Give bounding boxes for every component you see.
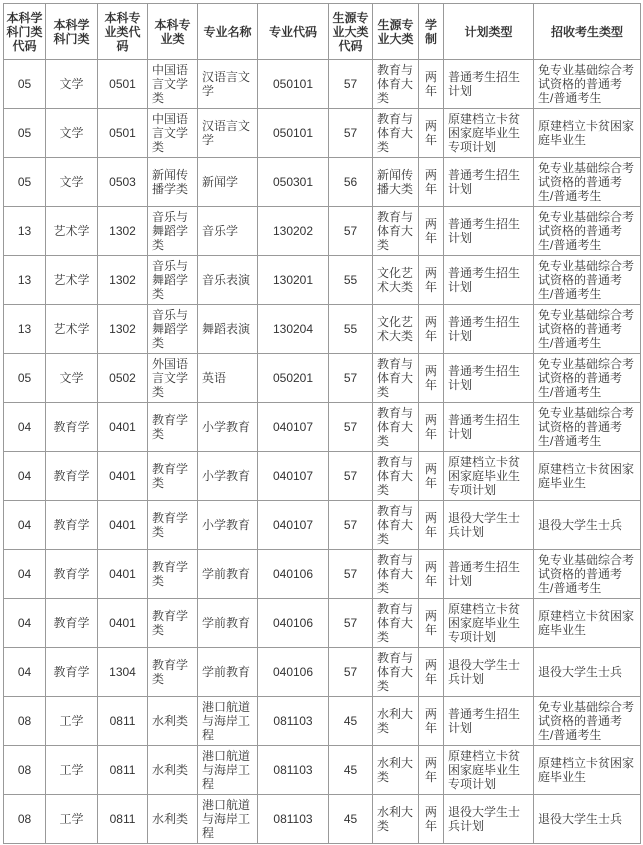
table-cell: 文学 <box>46 109 98 158</box>
table-cell: 退役大学生士兵计划 <box>444 648 534 697</box>
table-cell: 1302 <box>98 207 148 256</box>
table-cell: 教育与体育大类 <box>373 354 419 403</box>
table-row: 04教育学1304教育学类学前教育04010657教育与体育大类两年退役大学生士… <box>4 648 641 697</box>
table-cell: 免专业基础综合考试资格的普通考生/普通考生 <box>534 158 641 207</box>
table-cell: 04 <box>4 648 46 697</box>
table-cell: 退役大学生士兵计划 <box>444 795 534 844</box>
table-cell: 08 <box>4 795 46 844</box>
table-cell: 教育与体育大类 <box>373 648 419 697</box>
table-cell: 57 <box>329 648 373 697</box>
table-cell: 050201 <box>258 354 329 403</box>
table-cell: 0501 <box>98 109 148 158</box>
table-cell: 1302 <box>98 256 148 305</box>
table-cell: 两年 <box>419 305 444 354</box>
table-cell: 普通考生招生计划 <box>444 207 534 256</box>
table-cell: 普通考生招生计划 <box>444 60 534 109</box>
table-cell: 0401 <box>98 550 148 599</box>
table-cell: 130201 <box>258 256 329 305</box>
table-cell: 免专业基础综合考试资格的普通考生/普通考生 <box>534 60 641 109</box>
table-cell: 中国语言文学类 <box>148 60 198 109</box>
table-cell: 57 <box>329 550 373 599</box>
table-cell: 两年 <box>419 746 444 795</box>
table-cell: 0501 <box>98 60 148 109</box>
column-header-source-major-category: 生源专业大类 <box>373 4 419 60</box>
table-cell: 56 <box>329 158 373 207</box>
table-cell: 小学教育 <box>198 501 258 550</box>
table-cell: 08 <box>4 697 46 746</box>
table-cell: 文化艺术大类 <box>373 305 419 354</box>
table-cell: 中国语言文学类 <box>148 109 198 158</box>
table-cell: 040106 <box>258 648 329 697</box>
table-cell: 普通考生招生计划 <box>444 256 534 305</box>
table-cell: 040107 <box>258 501 329 550</box>
table-cell: 05 <box>4 109 46 158</box>
table-cell: 05 <box>4 354 46 403</box>
table-cell: 两年 <box>419 452 444 501</box>
column-header-major-name: 专业名称 <box>198 4 258 60</box>
table-cell: 文学 <box>46 354 98 403</box>
table-cell: 两年 <box>419 599 444 648</box>
table-cell: 040106 <box>258 550 329 599</box>
table-cell: 57 <box>329 60 373 109</box>
table-cell: 两年 <box>419 501 444 550</box>
table-cell: 教育学 <box>46 501 98 550</box>
table-cell: 原建档立卡贫困家庭毕业生专项计划 <box>444 599 534 648</box>
table-cell: 舞蹈表演 <box>198 305 258 354</box>
table-cell: 工学 <box>46 795 98 844</box>
table-row: 05文学0501中国语言文学类汉语言文学05010157教育与体育大类两年普通考… <box>4 60 641 109</box>
table-cell: 教育与体育大类 <box>373 403 419 452</box>
table-cell: 45 <box>329 795 373 844</box>
table-cell: 工学 <box>46 697 98 746</box>
table-cell: 08 <box>4 746 46 795</box>
table-cell: 教育学 <box>46 648 98 697</box>
table-cell: 两年 <box>419 60 444 109</box>
table-cell: 教育与体育大类 <box>373 207 419 256</box>
table-cell: 普通考生招生计划 <box>444 158 534 207</box>
table-cell: 081103 <box>258 746 329 795</box>
table-cell: 两年 <box>419 158 444 207</box>
table-cell: 55 <box>329 305 373 354</box>
table-cell: 0401 <box>98 452 148 501</box>
column-header-undergrad-discipline: 本科学科门类 <box>46 4 98 60</box>
table-cell: 040107 <box>258 452 329 501</box>
table-cell: 两年 <box>419 550 444 599</box>
table-cell: 普通考生招生计划 <box>444 305 534 354</box>
table-cell: 050101 <box>258 60 329 109</box>
table-cell: 教育学 <box>46 452 98 501</box>
table-cell: 两年 <box>419 256 444 305</box>
table-cell: 教育与体育大类 <box>373 599 419 648</box>
table-cell: 水利大类 <box>373 795 419 844</box>
table-cell: 13 <box>4 305 46 354</box>
table-cell: 0811 <box>98 795 148 844</box>
table-cell: 教育学类 <box>148 452 198 501</box>
table-cell: 050101 <box>258 109 329 158</box>
table-cell: 文化艺术大类 <box>373 256 419 305</box>
table-cell: 艺术学 <box>46 207 98 256</box>
table-cell: 两年 <box>419 697 444 746</box>
table-cell: 130202 <box>258 207 329 256</box>
table-cell: 教育与体育大类 <box>373 501 419 550</box>
table-cell: 新闻传播大类 <box>373 158 419 207</box>
table-cell: 退役大学生士兵 <box>534 648 641 697</box>
table-cell: 艺术学 <box>46 305 98 354</box>
table-cell: 040107 <box>258 403 329 452</box>
table-row: 05文学0502外国语言文学类英语05020157教育与体育大类两年普通考生招生… <box>4 354 641 403</box>
table-cell: 57 <box>329 403 373 452</box>
table-cell: 普通考生招生计划 <box>444 354 534 403</box>
table-cell: 050301 <box>258 158 329 207</box>
table-cell: 040106 <box>258 599 329 648</box>
table-cell: 工学 <box>46 746 98 795</box>
table-cell: 0401 <box>98 501 148 550</box>
table-cell: 两年 <box>419 648 444 697</box>
table-cell: 0811 <box>98 746 148 795</box>
table-cell: 教育学 <box>46 403 98 452</box>
table-cell: 04 <box>4 452 46 501</box>
table-cell: 教育与体育大类 <box>373 452 419 501</box>
table-cell: 普通考生招生计划 <box>444 697 534 746</box>
column-header-undergrad-major-class-code: 本科专业类代码 <box>98 4 148 60</box>
table-cell: 04 <box>4 550 46 599</box>
table-row: 08工学0811水利类港口航道与海岸工程08110345水利大类两年原建档立卡贫… <box>4 746 641 795</box>
table-cell: 艺术学 <box>46 256 98 305</box>
table-cell: 两年 <box>419 403 444 452</box>
table-cell: 081103 <box>258 795 329 844</box>
table-cell: 57 <box>329 109 373 158</box>
column-header-major-code: 专业代码 <box>258 4 329 60</box>
table-row: 04教育学0401教育学类学前教育04010657教育与体育大类两年原建档立卡贫… <box>4 599 641 648</box>
table-cell: 英语 <box>198 354 258 403</box>
table-cell: 两年 <box>419 207 444 256</box>
table-cell: 57 <box>329 501 373 550</box>
table-cell: 港口航道与海岸工程 <box>198 795 258 844</box>
table-cell: 教育学 <box>46 599 98 648</box>
table-cell: 学前教育 <box>198 648 258 697</box>
table-cell: 05 <box>4 158 46 207</box>
column-header-undergrad-major-class: 本科专业类 <box>148 4 198 60</box>
table-cell: 1304 <box>98 648 148 697</box>
table-cell: 130204 <box>258 305 329 354</box>
admission-plan-table: 本科学科门类代码 本科学科门类 本科专业类代码 本科专业类 专业名称 专业代码 … <box>3 3 641 844</box>
table-cell: 退役大学生士兵 <box>534 501 641 550</box>
table-cell: 45 <box>329 746 373 795</box>
table-cell: 57 <box>329 599 373 648</box>
table-cell: 45 <box>329 697 373 746</box>
table-cell: 教育与体育大类 <box>373 109 419 158</box>
table-cell: 081103 <box>258 697 329 746</box>
table-row: 08工学0811水利类港口航道与海岸工程08110345水利大类两年退役大学生士… <box>4 795 641 844</box>
table-cell: 两年 <box>419 795 444 844</box>
table-cell: 港口航道与海岸工程 <box>198 697 258 746</box>
admission-plan-page: 本科学科门类代码 本科学科门类 本科专业类代码 本科专业类 专业名称 专业代码 … <box>0 0 643 845</box>
table-cell: 原建档立卡贫困家庭毕业生 <box>534 452 641 501</box>
table-row: 13艺术学1302音乐与舞蹈学类音乐学13020257教育与体育大类两年普通考生… <box>4 207 641 256</box>
table-cell: 两年 <box>419 354 444 403</box>
table-cell: 学前教育 <box>198 599 258 648</box>
table-cell: 教育学类 <box>148 550 198 599</box>
table-cell: 教育学类 <box>148 599 198 648</box>
table-row: 08工学0811水利类港口航道与海岸工程08110345水利大类两年普通考生招生… <box>4 697 641 746</box>
table-cell: 文学 <box>46 60 98 109</box>
table-cell: 0811 <box>98 697 148 746</box>
table-cell: 音乐与舞蹈学类 <box>148 305 198 354</box>
table-cell: 汉语言文学 <box>198 109 258 158</box>
table-cell: 文学 <box>46 158 98 207</box>
table-cell: 13 <box>4 256 46 305</box>
table-cell: 水利类 <box>148 795 198 844</box>
table-cell: 音乐与舞蹈学类 <box>148 256 198 305</box>
table-cell: 05 <box>4 60 46 109</box>
table-cell: 04 <box>4 501 46 550</box>
table-cell: 小学教育 <box>198 452 258 501</box>
table-cell: 水利大类 <box>373 746 419 795</box>
table-row: 04教育学0401教育学类小学教育04010757教育与体育大类两年原建档立卡贫… <box>4 452 641 501</box>
column-header-source-major-category-code: 生源专业大类代码 <box>329 4 373 60</box>
table-cell: 教育学类 <box>148 403 198 452</box>
table-cell: 普通考生招生计划 <box>444 550 534 599</box>
table-row: 04教育学0401教育学类小学教育04010757教育与体育大类两年退役大学生士… <box>4 501 641 550</box>
table-cell: 教育与体育大类 <box>373 550 419 599</box>
table-row: 05文学0503新闻传播学类新闻学05030156新闻传播大类两年普通考生招生计… <box>4 158 641 207</box>
column-header-study-length: 学制 <box>419 4 444 60</box>
table-cell: 教育学类 <box>148 648 198 697</box>
table-cell: 汉语言文学 <box>198 60 258 109</box>
table-cell: 原建档立卡贫困家庭毕业生专项计划 <box>444 746 534 795</box>
table-cell: 原建档立卡贫困家庭毕业生专项计划 <box>444 109 534 158</box>
table-cell: 原建档立卡贫困家庭毕业生 <box>534 599 641 648</box>
column-header-plan-type: 计划类型 <box>444 4 534 60</box>
table-cell: 0502 <box>98 354 148 403</box>
table-cell: 免专业基础综合考试资格的普通考生/普通考生 <box>534 305 641 354</box>
table-row: 13艺术学1302音乐与舞蹈学类音乐表演13020155文化艺术大类两年普通考生… <box>4 256 641 305</box>
table-cell: 普通考生招生计划 <box>444 403 534 452</box>
table-cell: 57 <box>329 354 373 403</box>
table-cell: 原建档立卡贫困家庭毕业生 <box>534 746 641 795</box>
table-cell: 免专业基础综合考试资格的普通考生/普通考生 <box>534 207 641 256</box>
table-cell: 教育与体育大类 <box>373 60 419 109</box>
table-row: 13艺术学1302音乐与舞蹈学类舞蹈表演13020455文化艺术大类两年普通考生… <box>4 305 641 354</box>
table-cell: 1302 <box>98 305 148 354</box>
table-cell: 音乐与舞蹈学类 <box>148 207 198 256</box>
table-cell: 免专业基础综合考试资格的普通考生/普通考生 <box>534 697 641 746</box>
table-cell: 外国语言文学类 <box>148 354 198 403</box>
table-cell: 原建档立卡贫困家庭毕业生专项计划 <box>444 452 534 501</box>
table-cell: 新闻传播学类 <box>148 158 198 207</box>
table-cell: 退役大学生士兵 <box>534 795 641 844</box>
table-cell: 音乐学 <box>198 207 258 256</box>
column-header-admitted-candidate-type: 招收考生类型 <box>534 4 641 60</box>
table-cell: 教育学类 <box>148 501 198 550</box>
table-cell: 原建档立卡贫困家庭毕业生 <box>534 109 641 158</box>
table-cell: 教育学 <box>46 550 98 599</box>
table-cell: 13 <box>4 207 46 256</box>
table-cell: 港口航道与海岸工程 <box>198 746 258 795</box>
column-header-undergrad-discipline-code: 本科学科门类代码 <box>4 4 46 60</box>
table-cell: 新闻学 <box>198 158 258 207</box>
table-row: 04教育学0401教育学类小学教育04010757教育与体育大类两年普通考生招生… <box>4 403 641 452</box>
table-cell: 免专业基础综合考试资格的普通考生/普通考生 <box>534 403 641 452</box>
table-cell: 小学教育 <box>198 403 258 452</box>
table-cell: 0401 <box>98 599 148 648</box>
table-cell: 0503 <box>98 158 148 207</box>
table-cell: 两年 <box>419 109 444 158</box>
table-cell: 音乐表演 <box>198 256 258 305</box>
table-cell: 0401 <box>98 403 148 452</box>
table-cell: 学前教育 <box>198 550 258 599</box>
table-body: 05文学0501中国语言文学类汉语言文学05010157教育与体育大类两年普通考… <box>4 60 641 844</box>
table-cell: 57 <box>329 207 373 256</box>
table-cell: 55 <box>329 256 373 305</box>
table-cell: 57 <box>329 452 373 501</box>
table-cell: 水利类 <box>148 697 198 746</box>
table-row: 05文学0501中国语言文学类汉语言文学05010157教育与体育大类两年原建档… <box>4 109 641 158</box>
table-cell: 04 <box>4 403 46 452</box>
table-cell: 04 <box>4 599 46 648</box>
table-cell: 退役大学生士兵计划 <box>444 501 534 550</box>
table-cell: 免专业基础综合考试资格的普通考生/普通考生 <box>534 354 641 403</box>
table-row: 04教育学0401教育学类学前教育04010657教育与体育大类两年普通考生招生… <box>4 550 641 599</box>
table-cell: 免专业基础综合考试资格的普通考生/普通考生 <box>534 550 641 599</box>
table-cell: 水利大类 <box>373 697 419 746</box>
header-row: 本科学科门类代码 本科学科门类 本科专业类代码 本科专业类 专业名称 专业代码 … <box>4 4 641 60</box>
table-cell: 免专业基础综合考试资格的普通考生/普通考生 <box>534 256 641 305</box>
table-cell: 水利类 <box>148 746 198 795</box>
